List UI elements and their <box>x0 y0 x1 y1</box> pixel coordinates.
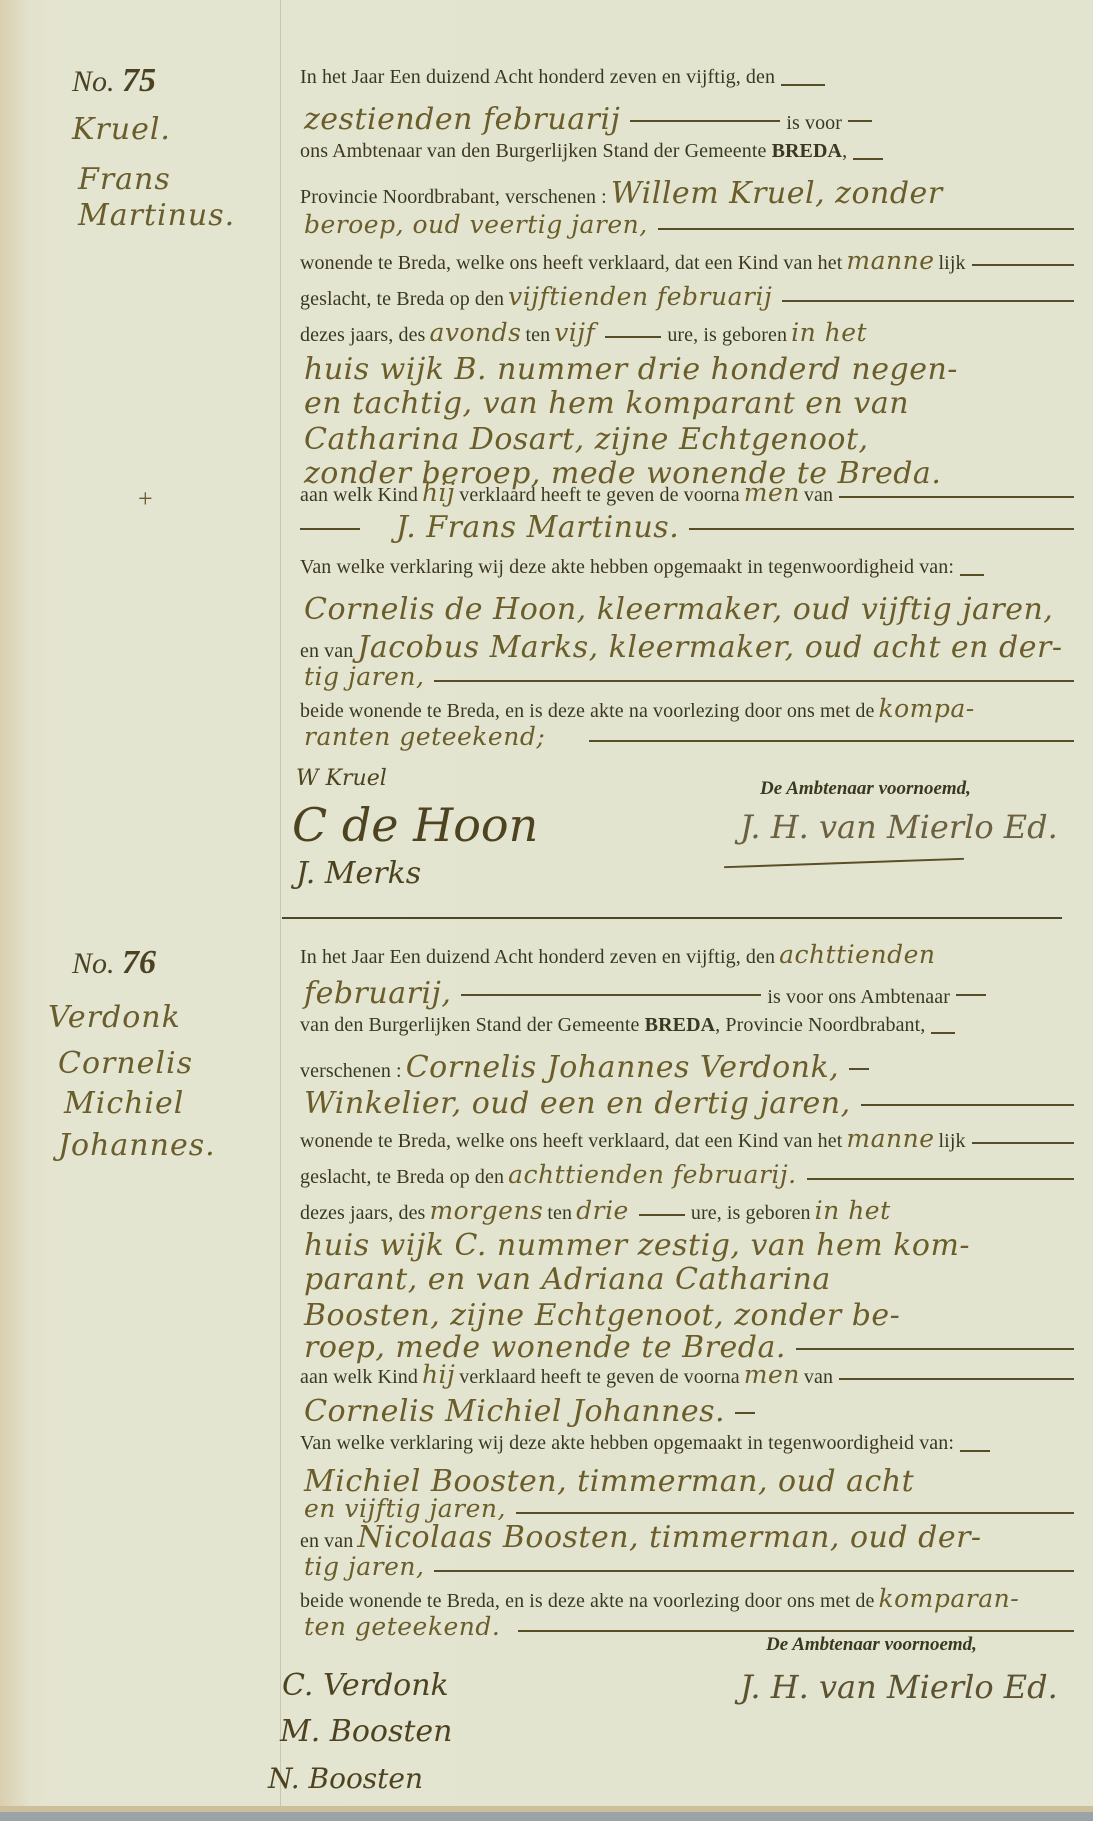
printed-text: In het Jaar Een duizend Acht honderd zev… <box>300 66 775 89</box>
entry-75-line-10: en tachtig, van hem komparant en van <box>300 386 1080 424</box>
fill-dash <box>639 1214 685 1216</box>
entry-75-line-3: ons Ambtenaar van den Burgerlijken Stand… <box>300 140 1080 178</box>
handwritten-text: achttienden februarij. <box>508 1160 797 1189</box>
entry-75-line-2: zestienden februarij is voor <box>300 102 1080 140</box>
handwritten-text: Boosten, zijne Echtgenoot, zonder be- <box>304 1298 900 1333</box>
printed-text: aan welk Kind <box>300 1366 418 1389</box>
entry-75-line-6: wonende te Breda, welke ons heeft verkla… <box>300 246 1080 284</box>
entry-75-line-20: ranten geteekend; <box>300 722 1080 760</box>
printed-text: Van welke verklaring wij deze akte hebbe… <box>300 1432 954 1455</box>
handwritten-text: kompa- <box>878 694 974 723</box>
cross-mark: + <box>138 484 153 514</box>
printed-text: ure, is geboren <box>691 1202 811 1225</box>
margin-middlename: Michiel <box>64 1086 184 1121</box>
fill-dash <box>807 1178 1074 1180</box>
number-value: 76 <box>122 944 156 981</box>
entry-76-line-3: van den Burgerlijken Stand der Gemeente … <box>300 1014 1080 1052</box>
handwritten-text: manne <box>846 1124 934 1153</box>
printed-text: lijk <box>939 252 966 275</box>
fill-dash <box>434 1570 1074 1572</box>
entry-number: No. 75 <box>72 62 156 100</box>
printed-text: , Provincie Noordbrabant, <box>715 1014 925 1037</box>
fill-dash <box>689 528 1074 530</box>
fill-dash <box>630 120 780 122</box>
signature-father: C. Verdonk <box>282 1668 449 1703</box>
handwritten-text: in het <box>815 1196 891 1225</box>
margin-rule <box>280 0 281 1812</box>
fill-dash <box>839 496 1074 498</box>
handwritten-text: ten geteekend. <box>304 1612 500 1641</box>
printed-text: verklaard heeft te geven de voorna <box>459 1366 739 1389</box>
printed-text: Van welke verklaring wij deze akte hebbe… <box>300 556 954 579</box>
printed-text: wonende te Breda, welke ons heeft verkla… <box>300 1130 842 1153</box>
signature-witness-2: J. Merks <box>296 856 421 891</box>
entry-76-line-9: huis wijk C. nummer zestig, van hem kom- <box>300 1228 1080 1266</box>
printed-text: geslacht, te Breda op den <box>300 1166 504 1189</box>
fill-dash <box>658 228 1074 230</box>
handwritten-text: morgens <box>429 1196 543 1225</box>
fill-dash <box>839 1378 1074 1380</box>
fill-dash <box>781 84 825 86</box>
signature-witness-2: N. Boosten <box>268 1762 423 1795</box>
entry-75-line-15: Van welke verklaring wij deze akte hebbe… <box>300 556 1080 594</box>
margin-surname: Kruel. <box>72 112 171 147</box>
entry-76-line-13: aan welk Kind hij verklaard heeft te gev… <box>300 1360 1080 1398</box>
handwritten-text: avonds <box>429 318 521 347</box>
margin-lastname: Johannes. <box>58 1128 216 1163</box>
entry-76-line-10: parant, en van Adriana Catharina <box>300 1262 1080 1300</box>
handwritten-text: tig jaren, <box>304 1552 424 1581</box>
entry-76-line-1: In het Jaar Een duizend Acht honderd zev… <box>300 940 1080 978</box>
fill-dash <box>300 528 360 530</box>
printed-text: verklaard heeft te geven de voorna <box>459 484 739 507</box>
fill-dash <box>605 336 661 338</box>
fill-dash <box>960 1450 990 1452</box>
fill-dash <box>434 680 1074 682</box>
municipality-name: BREDA <box>645 1014 716 1037</box>
entry-76-line-14: Cornelis Michiel Johannes. <box>300 1394 1080 1432</box>
handwritten-text: achttienden <box>779 940 935 969</box>
handwritten-text: parant, en van Adriana Catharina <box>304 1262 831 1297</box>
printed-text: In het Jaar Een duizend Acht honderd zev… <box>300 946 775 969</box>
handwritten-text: men <box>744 1360 800 1389</box>
witness-2: Nicolaas Boosten, timmerman, oud der- <box>357 1520 981 1555</box>
number-prefix: No. <box>72 947 115 980</box>
handwritten-text: februarij, <box>304 976 451 1011</box>
signature-father: W Kruel <box>296 766 387 791</box>
fill-dash <box>931 1032 955 1034</box>
signature-witness-1: C de Hoon <box>292 798 538 852</box>
margin-surname: Verdonk <box>48 1000 181 1035</box>
handwritten-text: zestienden februarij <box>304 102 620 137</box>
fill-dash <box>735 1412 755 1414</box>
handwritten-text: manne <box>846 246 934 275</box>
scanner-background <box>0 1812 1093 1821</box>
printed-text: is voor ons Ambtenaar <box>767 986 950 1009</box>
entry-75-line-16: Cornelis de Hoon, kleermaker, oud vijfti… <box>300 592 1080 630</box>
entry-76-line-4: verschenen : Cornelis Johannes Verdonk, <box>300 1050 1080 1088</box>
margin-middlename: Martinus. <box>78 198 235 233</box>
printed-text: wonende te Breda, welke ons heeft verkla… <box>300 252 842 275</box>
signature-witness-1: M. Boosten <box>280 1714 453 1749</box>
handwritten-text: tig jaren, <box>304 662 424 691</box>
fill-dash <box>849 1068 869 1070</box>
handwritten-text: vijftienden februarij <box>508 282 772 311</box>
number-prefix: No. <box>72 65 115 98</box>
entry-75-line-11: Catharina Dosart, zijne Echtgenoot, <box>300 422 1080 460</box>
printed-text: beide wonende te Breda, en is deze akte … <box>300 700 874 723</box>
printed-text: en van <box>300 1530 353 1553</box>
register-page: No. 75 Kruel. Frans Martinus. + In het J… <box>0 0 1093 1812</box>
handwritten-text: huis wijk C. nummer zestig, van hem kom- <box>304 1228 970 1263</box>
printed-text: ten <box>547 1202 572 1225</box>
entry-75-line-4: Provincie Noordbrabant, verschenen : Wil… <box>300 176 1080 214</box>
official-label: De Ambtenaar voornoemd, <box>766 1634 977 1656</box>
handwritten-text: drie <box>576 1196 629 1225</box>
child-names: Cornelis Michiel Johannes. <box>304 1394 725 1429</box>
printed-text: geslacht, te Breda op den <box>300 288 504 311</box>
printed-text: ons Ambtenaar van den Burgerlijken Stand… <box>300 140 766 163</box>
printed-text: is voor <box>786 112 842 135</box>
fill-dash <box>516 1512 1074 1514</box>
entry-75-line-14: J. Frans Martinus. <box>300 510 1080 548</box>
margin-firstname: Frans <box>78 162 171 197</box>
entry-separator <box>282 917 1062 919</box>
fill-dash <box>972 1142 1074 1144</box>
handwritten-text: beroep, oud veertig jaren, <box>304 210 648 239</box>
handwritten-text: en vijftig jaren, <box>304 1494 506 1523</box>
printed-text: dezes jaars, des <box>300 1202 425 1225</box>
entry-75-line-5: beroep, oud veertig jaren, <box>300 210 1080 248</box>
fill-dash <box>853 158 883 160</box>
entry-number: No. 76 <box>72 944 156 982</box>
margin-firstname: Cornelis <box>58 1046 193 1081</box>
signature-official: J. H. van Mierlo Ed. <box>740 1668 1058 1706</box>
handwritten-text: in het <box>791 318 867 347</box>
printed-text: ure, is geboren <box>667 324 787 347</box>
printed-text: van <box>804 484 833 507</box>
printed-text: ten <box>525 324 550 347</box>
entry-75-line-9: huis wijk B. nummer drie honderd negen- <box>300 352 1080 390</box>
handwritten-text: hij <box>422 478 455 507</box>
handwritten-text: Catharina Dosart, zijne Echtgenoot, <box>304 422 869 457</box>
handwritten-text: huis wijk B. nummer drie honderd negen- <box>304 352 958 387</box>
fill-dash <box>861 1104 1074 1106</box>
fill-dash <box>848 120 872 122</box>
entry-76-line-6: wonende te Breda, welke ons heeft verkla… <box>300 1124 1080 1162</box>
witness-1: Cornelis de Hoon, kleermaker, oud vijfti… <box>304 592 1053 627</box>
entry-75-line-8: dezes jaars, des avonds ten vijf ure, is… <box>300 318 1080 356</box>
fill-dash <box>972 264 1074 266</box>
official-label: De Ambtenaar voornoemd, <box>760 778 971 800</box>
fill-dash <box>782 300 1074 302</box>
child-names: J. Frans Martinus. <box>396 510 679 545</box>
signature-official: J. H. van Mierlo Ed. <box>740 808 1058 846</box>
fill-dash <box>589 740 1074 742</box>
printed-text: aan welk Kind <box>300 484 418 507</box>
entry-76-line-5: Winkelier, oud een en dertig jaren, <box>300 1086 1080 1124</box>
printed-text: lijk <box>939 1130 966 1153</box>
printed-text: Provincie Noordbrabant, verschenen : <box>300 186 607 209</box>
handwritten-text: Winkelier, oud een en dertig jaren, <box>304 1086 851 1121</box>
signature-flourish <box>724 858 964 868</box>
fill-dash <box>960 574 984 576</box>
printed-text: en van <box>300 640 353 663</box>
handwritten-text: Willem Kruel, zonder <box>611 176 943 211</box>
entry-75-line-7: geslacht, te Breda op den vijftienden fe… <box>300 282 1080 320</box>
handwritten-text: Cornelis Johannes Verdonk, <box>406 1050 839 1085</box>
printed-text: verschenen : <box>300 1060 402 1083</box>
entry-76-line-7: geslacht, te Breda op den achttienden fe… <box>300 1160 1080 1198</box>
printed-text: van <box>804 1366 833 1389</box>
municipality-name: BREDA <box>772 140 843 163</box>
entry-76-line-2: februarij, is voor ons Ambtenaar <box>300 976 1080 1014</box>
fill-dash <box>461 994 761 996</box>
handwritten-text: vijf <box>554 318 595 347</box>
handwritten-text: men <box>744 478 800 507</box>
fill-dash <box>956 994 986 996</box>
fill-dash <box>796 1348 1074 1350</box>
witness-2: Jacobus Marks, kleermaker, oud acht en d… <box>357 630 1062 665</box>
handwritten-text: ranten geteekend; <box>304 722 545 751</box>
number-value: 75 <box>122 62 156 99</box>
entry-75-line-1: In het Jaar Een duizend Acht honderd zev… <box>300 66 1080 104</box>
handwritten-text: en tachtig, van hem komparant en van <box>304 386 909 421</box>
printed-text: van den Burgerlijken Stand der Gemeente <box>300 1014 640 1037</box>
printed-text: dezes jaars, des <box>300 324 425 347</box>
handwritten-text: hij <box>422 1360 455 1389</box>
handwritten-text: komparan- <box>878 1584 1019 1613</box>
fill-dash <box>518 1630 1074 1632</box>
printed-text: beide wonende te Breda, en is deze akte … <box>300 1590 874 1613</box>
